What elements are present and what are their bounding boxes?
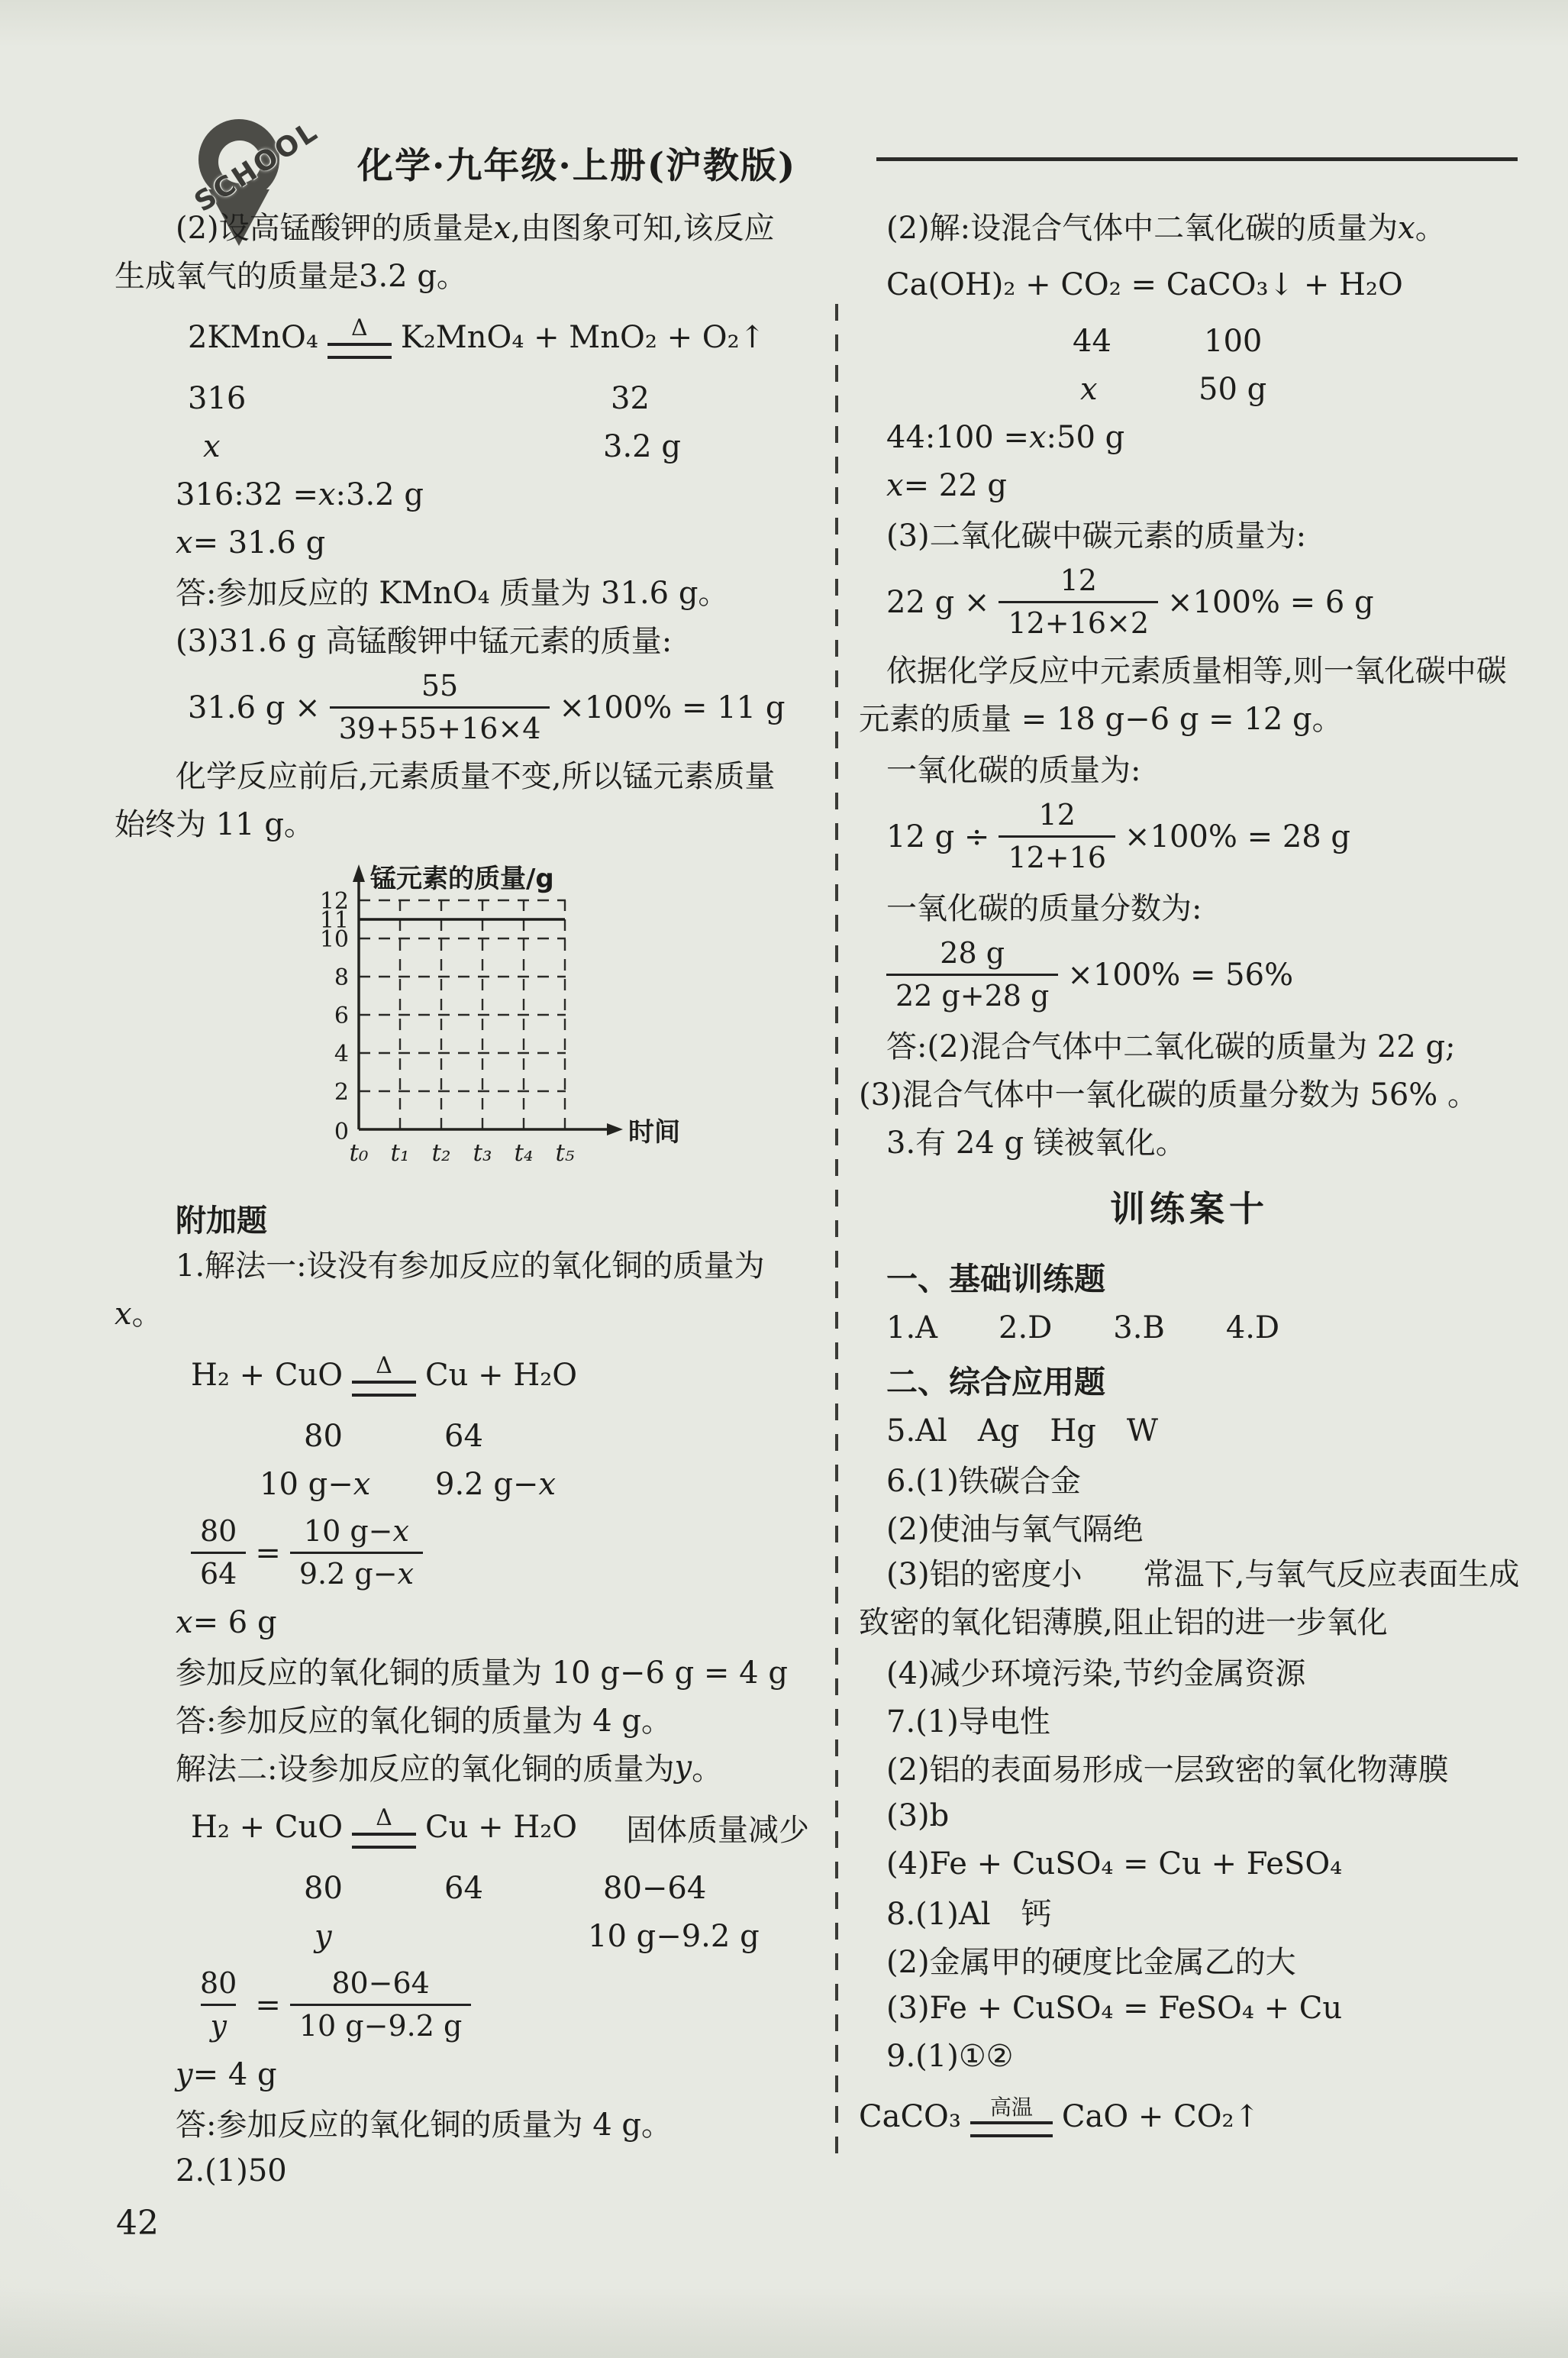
x-axis-arrow-icon	[607, 1123, 623, 1135]
chart-canvas: 锰元素的质量/g 时间 12 11 10 8 6 4 2 0 t₀ t₁ t₂ …	[294, 857, 782, 1181]
answer-line: 答:参加反应的氧化铜的质量为 4 g。	[115, 1694, 802, 1743]
question8-answer-1: 8.(1)Al 钙	[859, 1888, 1520, 1936]
right-column: (2)解:设混合气体中二氧化碳的质量为x。 Ca(OH)₂ + CO₂ = Ca…	[859, 205, 1520, 2153]
xtick-t5: t₅	[556, 1139, 575, 1167]
question6-answer-2: (2)使油与氧气隔绝	[859, 1503, 1520, 1551]
chemical-equation-kmno4: 2KMnO₄ Δ K₂MnO₄ + MnO₂ + O₂↑	[115, 301, 802, 374]
mn-mass-time-chart: 锰元素的质量/g 时间 12 11 10 8 6 4 2 0 t₀ t₁ t₂ …	[294, 857, 802, 1188]
question7-answer-1: 7.(1)导电性	[859, 1695, 1520, 1743]
question7-answer-4: (4)Fe + CuSO₄ = Cu + FeSO₄	[859, 1840, 1520, 1888]
double-bar-icon	[970, 2121, 1053, 2137]
chemical-equation-caco3: CaCO₃ 高温 CaO + CO₂↑	[859, 2080, 1520, 2153]
chemical-equation-h2-cuo-2: H₂ + CuO Δ Cu + H₂O 固体质量减少	[115, 1791, 802, 1864]
comprehensive-heading: 二、综合应用题	[859, 1352, 1520, 1407]
high-temperature-condition: 高温	[990, 2097, 1033, 2118]
extra-question-heading: 附加题	[115, 1194, 802, 1242]
unknown-mass-row: 10 g−x 9.2 g−x	[115, 1460, 802, 1508]
reaction-condition-sign: 高温	[970, 2097, 1053, 2137]
question3-answer: 3.有 24 g 镁被氧化。	[859, 1116, 1520, 1164]
question6-answer-4: (4)减少环境污染,节约金属资源	[859, 1647, 1520, 1695]
double-bar-icon	[327, 343, 392, 359]
reaction-condition-sign: Δ	[352, 1807, 416, 1849]
solution-paragraph: (2)解:设混合气体中二氧化碳的质量为x。	[859, 205, 1520, 253]
ytick-0: 0	[334, 1119, 349, 1145]
x-axis-label: 时间	[628, 1117, 680, 1148]
answer-line-b: (3)混合气体中一氧化碳的质量分数为 56% 。	[859, 1068, 1520, 1116]
header-rule	[876, 157, 1518, 161]
basic-training-heading: 一、基础训练题	[859, 1248, 1520, 1303]
question7-answer-3: (3)b	[859, 1791, 1520, 1840]
answer-line-a: 答:(2)混合气体中二氧化碳的质量为 22 g;	[859, 1020, 1520, 1068]
xtick-t3: t₃	[473, 1139, 492, 1167]
equation-rhs: Cu + H₂O	[425, 1810, 577, 1845]
chemical-equation-caoh2: Ca(OH)₂ + CO₂ = CaCO₃↓ + H₂O	[859, 253, 1520, 317]
ytick-10: 10	[320, 926, 349, 953]
solution-paragraph: (2)设高锰酸钾的质量是x,由图象可知,该反应生成氧气的质量是3.2 g。	[115, 205, 802, 301]
xtick-t4: t₄	[515, 1139, 534, 1167]
fraction: 12 12+16×2	[999, 564, 1158, 641]
solution-line: x = 6 g	[115, 1598, 802, 1646]
conclusion-paragraph: 化学反应前后,元素质量不变,所以锰元素质量始终为 11 g。	[115, 753, 802, 849]
unknown-mass-row: y 10 g−9.2 g	[115, 1912, 802, 1960]
proportion-line: 44:100 = x:50 g	[859, 413, 1520, 461]
subquestion-heading: (3)31.6 g 高锰酸钾中锰元素的质量:	[115, 615, 802, 663]
ytick-8: 8	[334, 964, 349, 991]
textbook-answer-page: SCHOOL 化学·九年级·上册(沪教版) (2)设高锰酸钾的质量是x,由图象可…	[0, 0, 1568, 2358]
question6-answer-1: 6.(1)铁碳合金	[859, 1455, 1520, 1503]
molar-mass-row: 80 64	[115, 1412, 802, 1460]
fraction: 80 y	[191, 1966, 246, 2043]
co-mass-calculation: 12 g ÷ 12 12+16 ×100% = 28 g	[859, 792, 1520, 882]
question9-answer: 9.(1)①②	[859, 2032, 1520, 2080]
method1-intro: 1.解法一:设没有参加反应的氧化铜的质量为x。	[115, 1242, 802, 1339]
equation-lhs: H₂ + CuO	[191, 1358, 343, 1393]
calculation-line: 参加反应的氧化铜的质量为 10 g−6 g = 4 g	[115, 1646, 802, 1694]
question8-answer-2: (2)金属甲的硬度比金属乙的大	[859, 1936, 1520, 1984]
answer-line: 答:参加反应的 KMnO₄ 质量为 31.6 g。	[115, 567, 802, 615]
ytick-2: 2	[334, 1079, 349, 1106]
fraction: 55 39+55+16×4	[330, 669, 550, 746]
ytick-4: 4	[334, 1041, 349, 1068]
molar-mass-row: 44 100	[859, 317, 1520, 365]
fraction: 80−64 10 g−9.2 g	[290, 1966, 471, 2043]
co-fraction-calculation: 28 g 22 g+28 g ×100% = 56%	[859, 930, 1520, 1020]
fraction: 10 g−x 9.2 g−x	[290, 1514, 423, 1591]
equation-lhs: 2KMnO₄	[188, 320, 318, 355]
page-number: 42	[116, 2204, 159, 2243]
mass-fraction-calculation: 31.6 g × 55 39+55+16×4 ×100% = 11 g	[115, 663, 802, 753]
solid-mass-note: 固体质量减少	[626, 1806, 809, 1849]
left-column: (2)设高锰酸钾的质量是x,由图象可知,该反应生成氧气的质量是3.2 g。 2K…	[115, 205, 802, 2195]
co-fraction-heading: 一氧化碳的质量分数为:	[859, 882, 1520, 930]
choice-answers: 1.A 2.D 3.B 4.D	[859, 1303, 1520, 1352]
equation-rhs: K₂MnO₄ + MnO₂ + O₂↑	[401, 320, 765, 355]
question8-answer-3: (3)Fe + CuSO₄ = FeSO₄ + Cu	[859, 1984, 1520, 2032]
equals-sign: =	[255, 1536, 281, 1571]
answer-line: 答:参加反应的氧化铜的质量为 4 g。	[115, 2098, 802, 2146]
question6-answer-3: (3)铝的密度小 常温下,与氧气反应表面生成致密的氧化铝薄膜,阻止铝的进一步氧化	[859, 1551, 1520, 1647]
proportion-line: 316:32 = x:3.2 g	[115, 470, 802, 518]
xtick-t0: t₀	[350, 1139, 369, 1167]
fraction: 28 g 22 g+28 g	[886, 936, 1058, 1013]
ytick-6: 6	[334, 1003, 349, 1029]
fraction: 80 64	[191, 1514, 246, 1591]
delta-condition: Δ	[351, 317, 368, 340]
equation-rhs: CaO + CO₂↑	[1062, 2099, 1260, 2134]
reaction-condition-sign: Δ	[327, 317, 392, 359]
y-axis-label: 锰元素的质量/g	[370, 864, 554, 894]
question7-answer-2: (2)铝的表面易形成一层致密的氧化物薄膜	[859, 1743, 1520, 1791]
unknown-mass-row: x 50 g	[859, 365, 1520, 413]
solution-line: y = 4 g	[115, 2050, 802, 2098]
method2-intro: 解法二:设参加反应的氧化铜的质量为y。	[115, 1743, 802, 1791]
y-axis-arrow-icon	[353, 864, 365, 882]
xtick-t2: t₂	[432, 1139, 451, 1167]
question5-answer: 5.Al Ag Hg W	[859, 1407, 1520, 1455]
page-title: 化学·九年级·上册(沪教版)	[357, 137, 796, 189]
reaction-condition-sign: Δ	[352, 1355, 416, 1397]
delta-condition: Δ	[376, 1807, 392, 1830]
column-divider	[835, 304, 838, 2167]
chemical-equation-h2-cuo: H₂ + CuO Δ Cu + H₂O	[115, 1339, 802, 1412]
equation-lhs: CaCO₃	[859, 2099, 961, 2134]
molar-mass-row: 80 64 80−64	[115, 1864, 802, 1912]
delta-condition: Δ	[376, 1355, 392, 1378]
proportion-fractions: 80 64 = 10 g−x 9.2 g−x	[115, 1508, 802, 1598]
reasoning-paragraph: 依据化学反应中元素质量相等,则一氧化碳中碳元素的质量 = 18 g−6 g = …	[859, 648, 1520, 744]
solution-line: x = 22 g	[859, 461, 1520, 509]
question2-answer: 2.(1)50	[115, 2146, 802, 2195]
molar-mass-row: 316 32	[115, 374, 802, 422]
solution-line: x = 31.6 g	[115, 518, 802, 567]
training-case-heading: 训练案十	[859, 1164, 1520, 1248]
equals-sign: =	[255, 1988, 281, 2023]
equation-lhs: H₂ + CuO	[191, 1810, 343, 1845]
unknown-mass-row: x 3.2 g	[115, 422, 802, 470]
subquestion-heading: (3)二氧化碳中碳元素的质量为:	[859, 509, 1520, 557]
mass-fraction-calculation: 22 g × 12 12+16×2 ×100% = 6 g	[859, 557, 1520, 648]
double-bar-icon	[352, 1381, 416, 1397]
fraction: 12 12+16	[999, 798, 1115, 875]
equation-rhs: Cu + H₂O	[425, 1358, 577, 1393]
co-mass-heading: 一氧化碳的质量为:	[859, 744, 1520, 792]
proportion-fractions: 80 y = 80−64 10 g−9.2 g	[115, 1960, 802, 2050]
xtick-t1: t₁	[391, 1139, 410, 1167]
double-bar-icon	[352, 1833, 416, 1849]
